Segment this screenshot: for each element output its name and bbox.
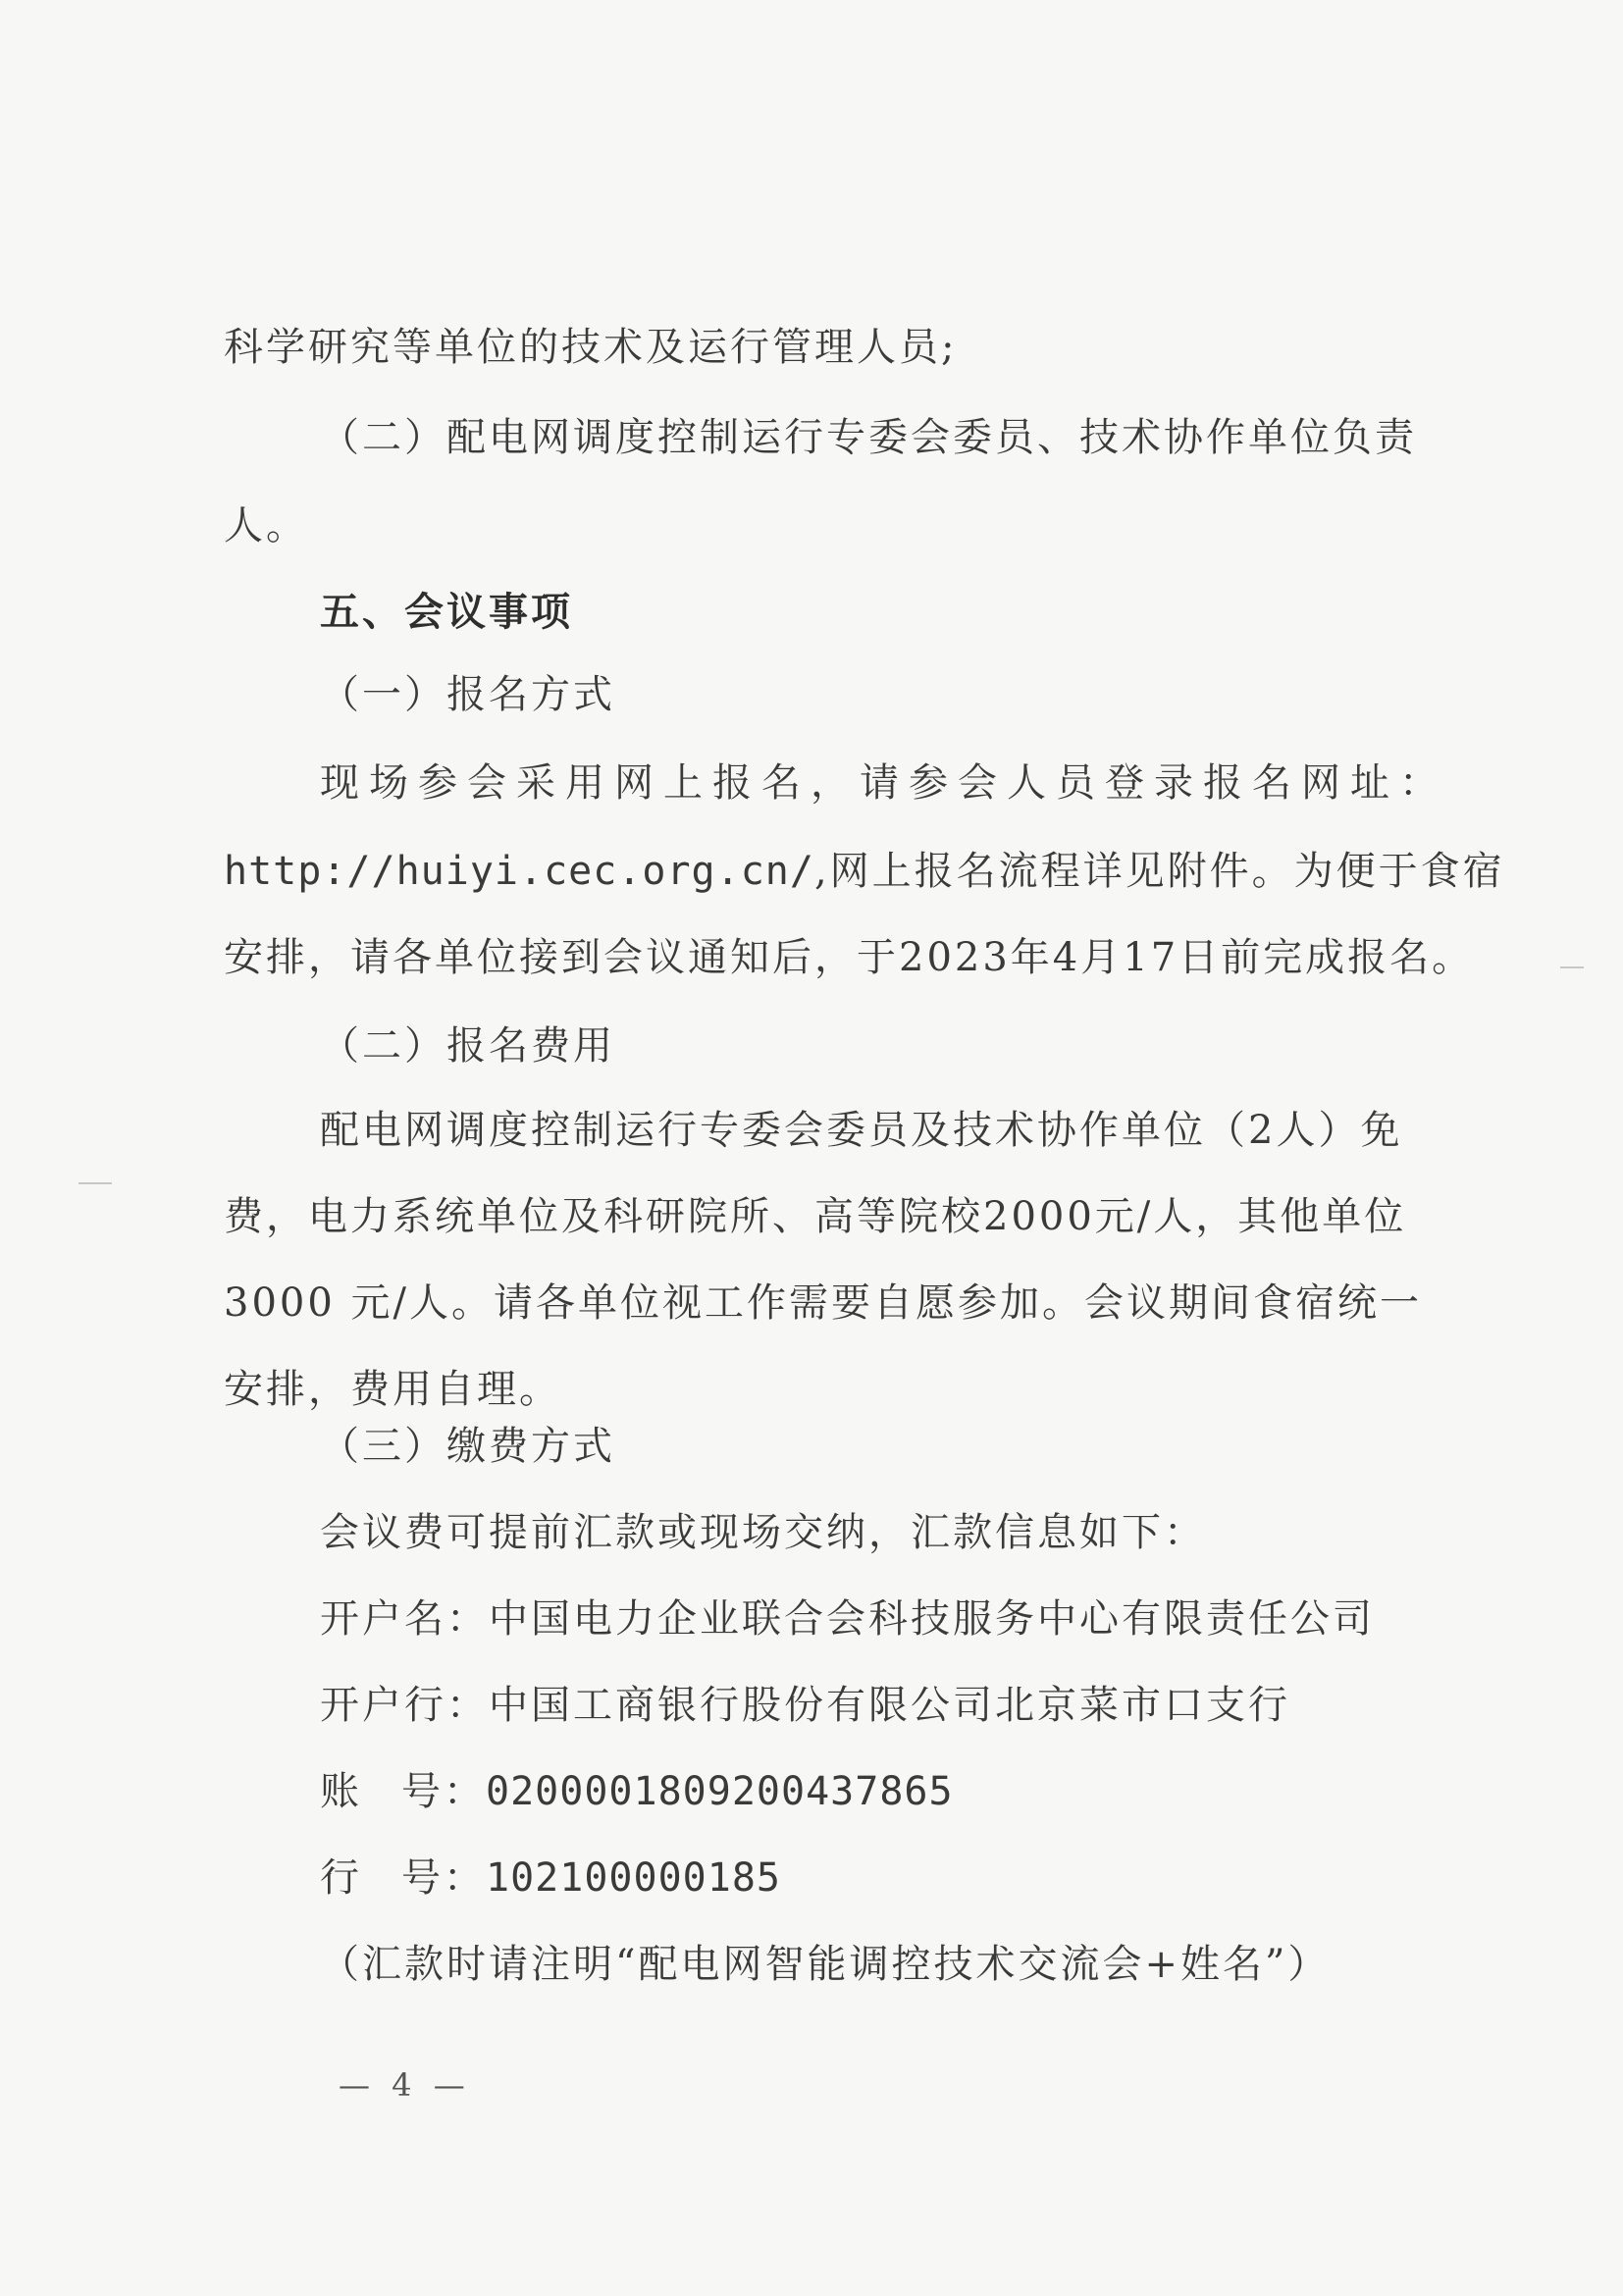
account-name-row: 开户名：中国电力企业联合会科技服务中心有限责任公司 xyxy=(320,1593,1566,1644)
text-span: ,网上报名流程详见附件。为便于食宿 xyxy=(814,849,1505,894)
subsection-heading: （二）报名费用 xyxy=(320,1020,1566,1071)
text-line: 配电网调度控制运行专委会委员及技术协作单位（2人）免 xyxy=(320,1105,1566,1156)
subsection-heading: （三）缴费方式 xyxy=(320,1421,1566,1472)
scan-margin-mark xyxy=(1560,966,1584,968)
text-line: 3000 元/人。请各单位视工作需要自愿参加。会议期间食宿统一 xyxy=(224,1278,1470,1329)
text-line: 人。 xyxy=(224,500,1470,551)
account-number-label-suffix: 号： xyxy=(401,1769,486,1814)
bank-row: 开户行：中国工商银行股份有限公司北京菜市口支行 xyxy=(320,1680,1566,1731)
account-number-label: 账 xyxy=(320,1769,362,1814)
page-number: — 4 — xyxy=(339,2066,471,2104)
text-line: 安排，请各单位接到会议通知后，于2023年4月17日前完成报名。 xyxy=(224,932,1470,983)
account-number-value: 0200001809200437865 xyxy=(486,1769,954,1814)
account-name-value: 中国电力企业联合会科技服务中心有限责任公司 xyxy=(489,1596,1375,1642)
text-line: 会议费可提前汇款或现场交纳，汇款信息如下： xyxy=(320,1507,1566,1558)
bank-label: 开户行： xyxy=(320,1683,489,1728)
bank-code-row: 行号：102100000185 xyxy=(320,1852,1566,1904)
bank-code-value: 102100000185 xyxy=(486,1855,781,1901)
bank-value: 中国工商银行股份有限公司北京菜市口支行 xyxy=(489,1683,1290,1728)
section-heading: 五、会议事项 xyxy=(320,587,1566,638)
account-name-label: 开户名： xyxy=(320,1596,489,1642)
text-line: 现场参会采用网上报名，请参会人员登录报名网址： xyxy=(320,757,1566,809)
account-number-row: 账号：0200001809200437865 xyxy=(320,1766,1566,1817)
text-line: 安排，费用自理。 xyxy=(224,1364,1470,1415)
subsection-heading: （一）报名方式 xyxy=(320,669,1566,720)
text-line: 费，电力系统单位及科研院所、高等院校2000元/人，其他单位 xyxy=(224,1191,1470,1242)
remittance-note: （汇款时请注明“配电网智能调控技术交流会+姓名”） xyxy=(320,1939,1566,1990)
scan-margin-mark xyxy=(79,1182,112,1184)
document-page: 科学研究等单位的技术及运行管理人员; （二）配电网调度控制运行专委会委员、技术协… xyxy=(0,0,1623,2296)
bank-code-label-suffix: 号： xyxy=(401,1855,486,1901)
bank-code-label: 行 xyxy=(320,1855,362,1901)
text-line: http://huiyi.cec.org.cn/,网上报名流程详见附件。为便于食… xyxy=(224,846,1470,897)
registration-url-link[interactable]: http://huiyi.cec.org.cn/ xyxy=(224,849,814,894)
text-line: （二）配电网调度控制运行专委会委员、技术协作单位负责 xyxy=(320,412,1566,463)
text-line: 科学研究等单位的技术及运行管理人员; xyxy=(224,322,1470,373)
